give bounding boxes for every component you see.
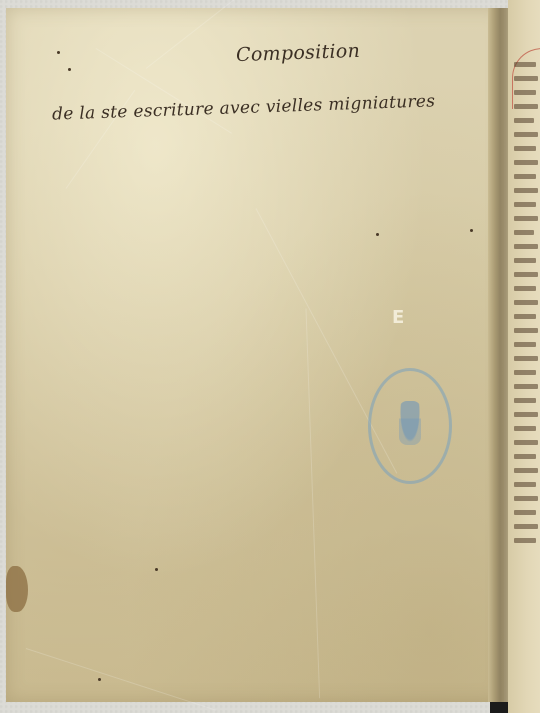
facing-page-edge <box>508 0 540 713</box>
text-line <box>514 342 536 347</box>
text-line <box>514 62 536 67</box>
speck <box>376 233 379 236</box>
text-line <box>514 328 538 333</box>
speck <box>470 229 473 232</box>
text-line <box>514 510 536 515</box>
text-line <box>514 300 538 305</box>
text-line <box>514 202 536 207</box>
text-line <box>514 286 536 291</box>
binding-gutter <box>488 8 510 702</box>
fold-line <box>146 0 241 69</box>
crown-emblem-icon <box>399 401 421 445</box>
text-line <box>514 272 538 277</box>
text-line <box>514 496 538 501</box>
text-line <box>514 454 536 459</box>
text-line <box>514 412 538 417</box>
fold-line <box>26 648 217 711</box>
fold-line <box>306 308 321 698</box>
speck <box>57 51 60 54</box>
text-line <box>514 314 536 319</box>
speck <box>155 568 158 571</box>
text-line <box>514 482 536 487</box>
text-line <box>514 426 536 431</box>
text-line <box>514 398 536 403</box>
text-line <box>514 440 538 445</box>
text-line <box>514 538 536 543</box>
text-line <box>514 244 538 249</box>
text-line <box>514 132 538 137</box>
text-line <box>514 76 538 81</box>
speck <box>68 68 71 71</box>
text-line <box>514 104 538 109</box>
library-stamp-icon <box>368 368 452 484</box>
water-stain <box>6 566 28 612</box>
speck <box>98 678 101 681</box>
text-line <box>514 356 538 361</box>
text-line <box>514 216 538 221</box>
text-line <box>514 468 538 473</box>
text-line <box>514 370 536 375</box>
text-line <box>514 524 538 529</box>
text-line <box>514 118 534 123</box>
handwritten-title: Composition <box>236 40 361 66</box>
text-line <box>514 174 536 179</box>
text-line <box>514 160 538 165</box>
text-line <box>514 90 536 95</box>
text-line <box>514 384 538 389</box>
text-line <box>514 258 536 263</box>
text-line <box>514 188 538 193</box>
shelf-mark: E <box>392 308 408 328</box>
text-line <box>514 146 536 151</box>
text-line <box>514 230 534 235</box>
scan-edge-marker <box>490 702 508 713</box>
